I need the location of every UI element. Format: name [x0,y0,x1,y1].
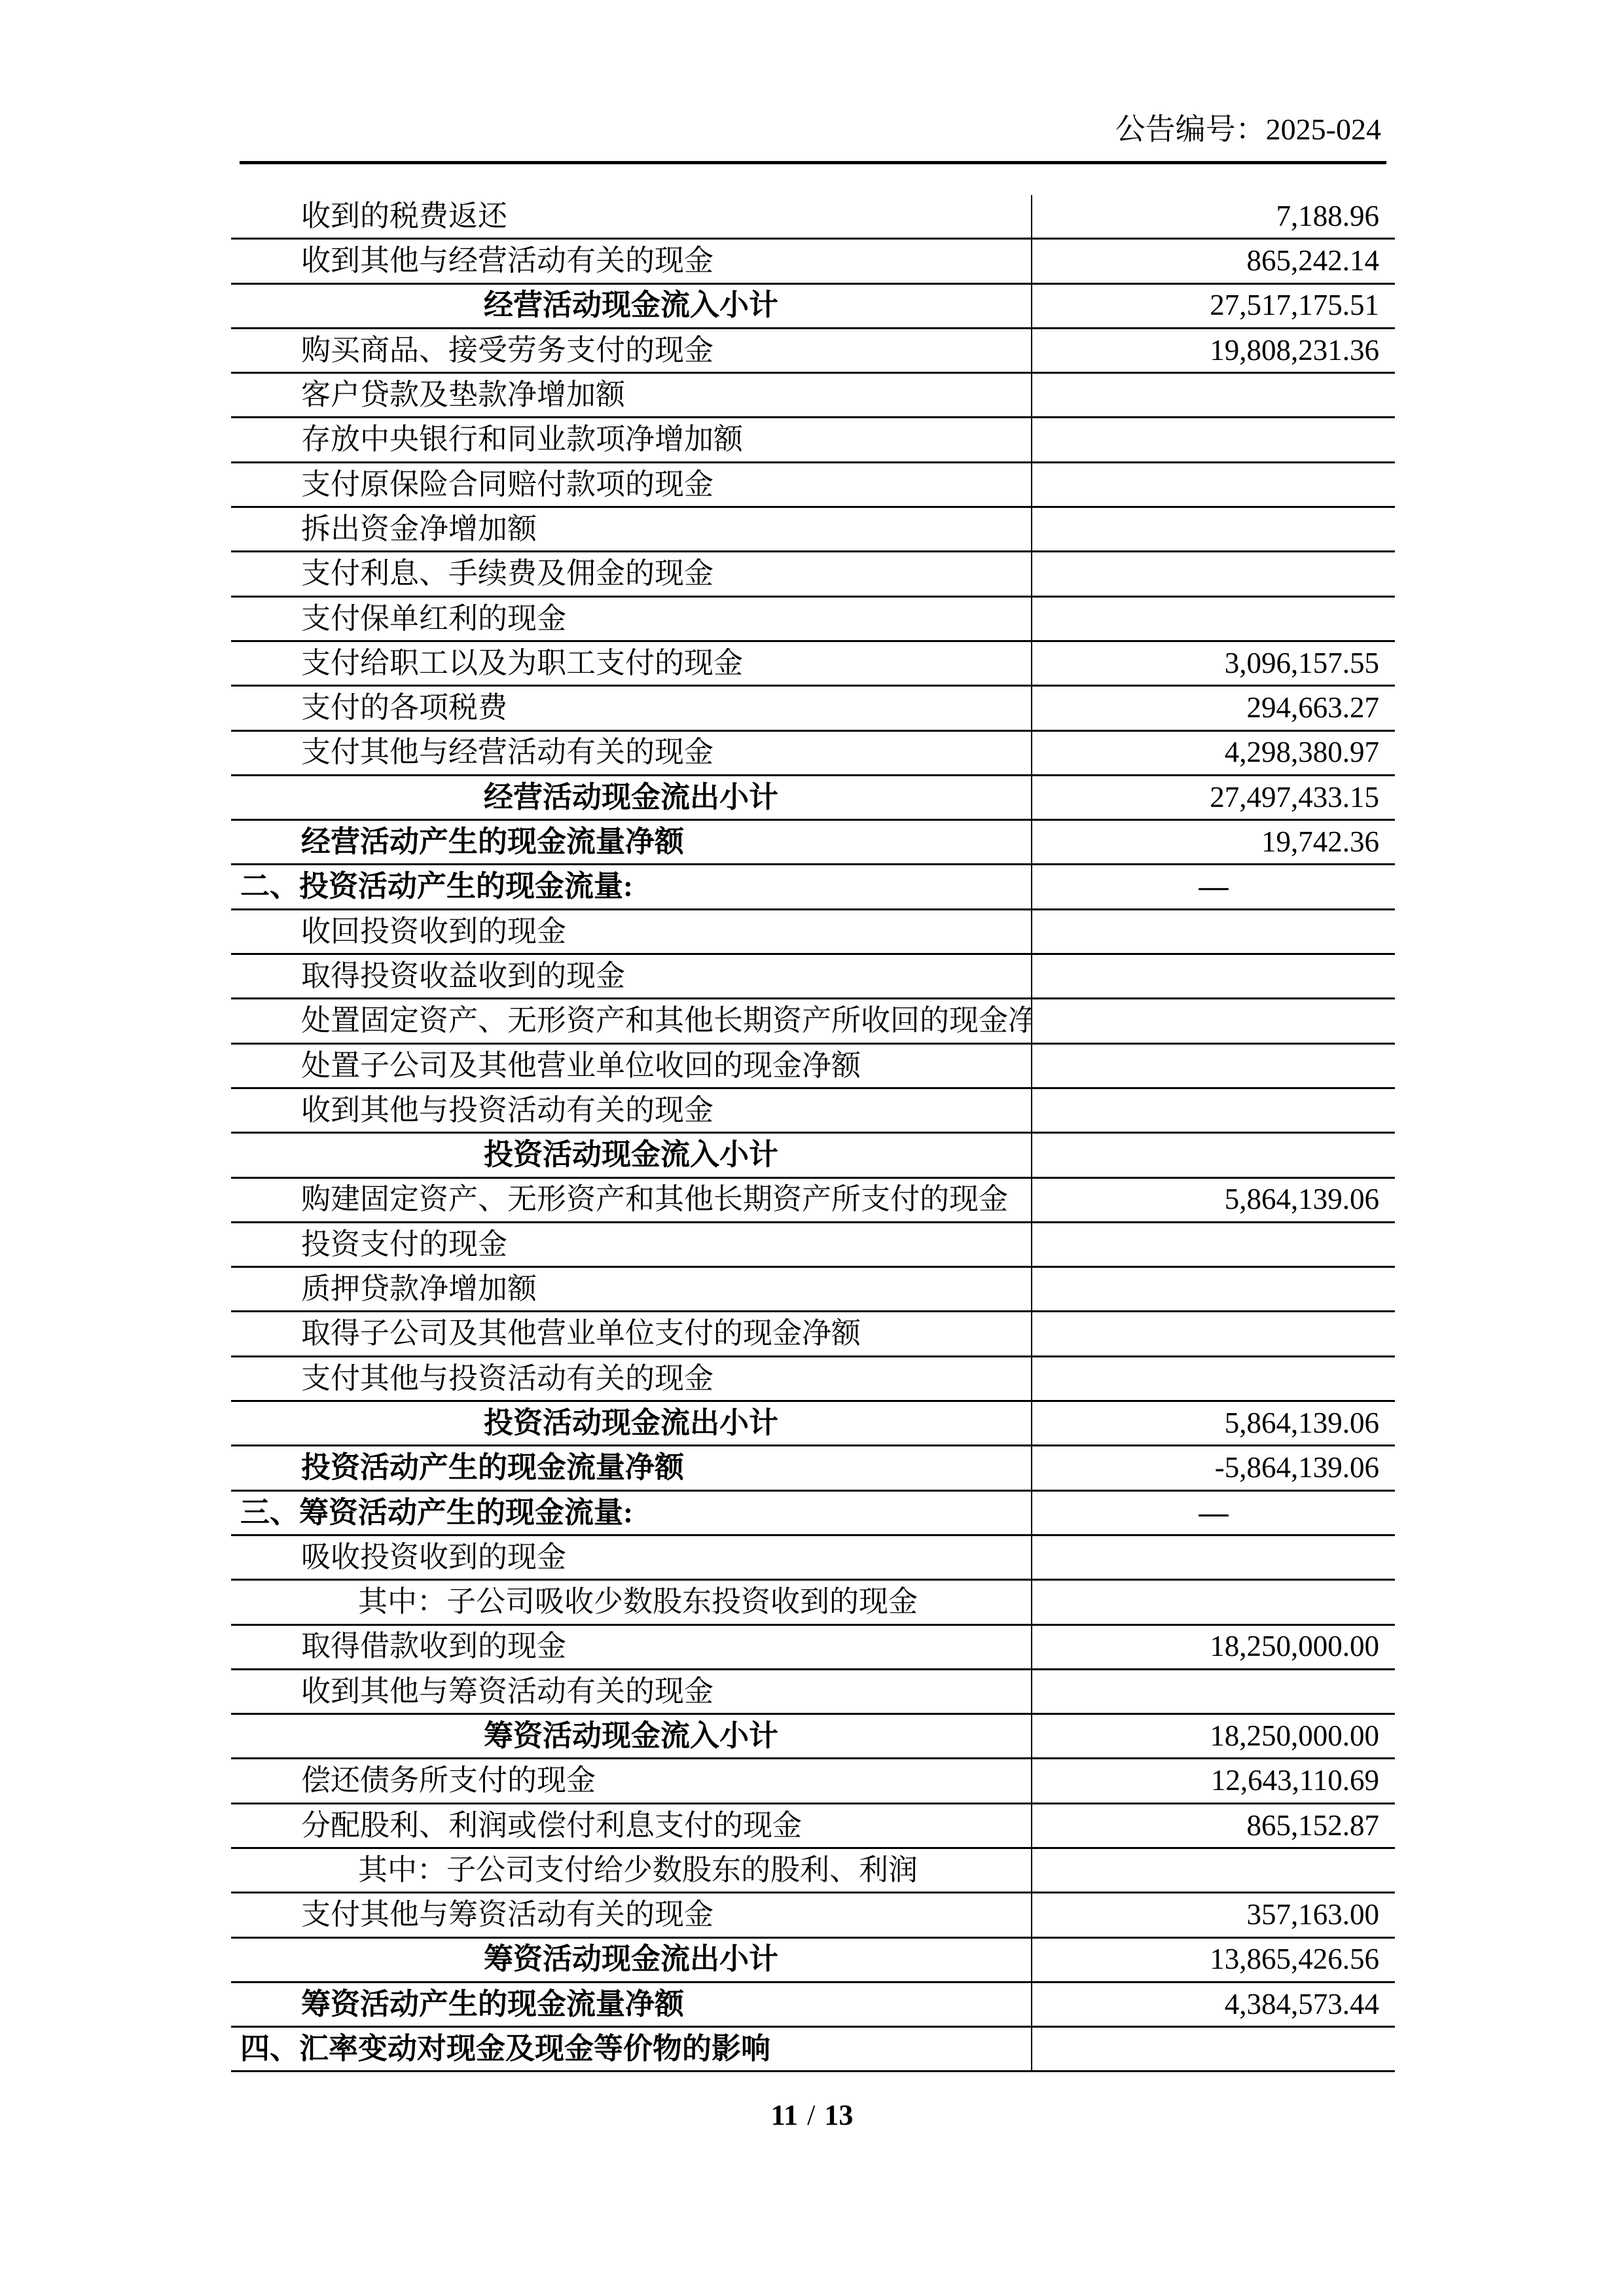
row-value-cell [1032,596,1395,641]
header-rule [240,161,1386,164]
row-label-cell: 支付利息、手续费及佣金的现金 [231,552,1032,596]
table-row: 经营活动产生的现金流量净额19,742.36 [231,820,1395,865]
row-value-cell: 27,497,433.15 [1032,775,1395,819]
row-label-cell: 筹资活动现金流入小计 [231,1714,1032,1759]
table-row: 处置子公司及其他营业单位收回的现金净额 [231,1043,1395,1088]
table-row: 收到其他与经营活动有关的现金865,242.14 [231,239,1395,283]
table-row: 支付其他与投资活动有关的现金 [231,1356,1395,1401]
row-label-cell: 取得投资收益收到的现金 [231,954,1032,999]
row-label-cell: 三、筹资活动产生的现金流量: [231,1490,1032,1535]
row-label-cell: 筹资活动现金流出小计 [231,1937,1032,1982]
row-label-cell: 经营活动现金流出小计 [231,775,1032,819]
row-value-cell [1032,1580,1395,1624]
page-number-separator: / [807,2099,815,2131]
row-value-cell [1032,418,1395,462]
row-value-cell: 4,298,380.97 [1032,730,1395,775]
table-row: 支付保单红利的现金 [231,596,1395,641]
row-value-cell [1032,1043,1395,1088]
table-row: 四、汇率变动对现金及现金等价物的影响 [231,2027,1395,2072]
table-row: 客户贷款及垫款净增加额 [231,373,1395,418]
row-label-cell: 取得子公司及其他营业单位支付的现金净额 [231,1312,1032,1356]
notice-number: 公告编号：2025-024 [1115,109,1381,151]
row-label-cell: 经营活动产生的现金流量净额 [231,820,1032,865]
table-row: 支付的各项税费294,663.27 [231,686,1395,730]
row-label-cell: 存放中央银行和同业款项净增加额 [231,418,1032,462]
row-value-cell [1032,909,1395,954]
table-row: 投资活动产生的现金流量净额-5,864,139.06 [231,1446,1395,1490]
row-label-cell: 收到其他与经营活动有关的现金 [231,239,1032,283]
row-value-cell [1032,1267,1395,1312]
row-value-cell: 865,152.87 [1032,1803,1395,1848]
table-row: 经营活动现金流出小计27,497,433.15 [231,775,1395,819]
row-value-cell [1032,373,1395,418]
row-value-cell [1032,1312,1395,1356]
table-row: 支付其他与筹资活动有关的现金357,163.00 [231,1893,1395,1937]
row-label-cell: 四、汇率变动对现金及现金等价物的影响 [231,2027,1032,2072]
table-row: 取得子公司及其他营业单位支付的现金净额 [231,1312,1395,1356]
table-row: 经营活动现金流入小计27,517,175.51 [231,283,1395,328]
row-label-cell: 吸收投资收到的现金 [231,1535,1032,1579]
row-value-cell [1032,1133,1395,1177]
table-row: 筹资活动现金流出小计13,865,426.56 [231,1937,1395,1982]
row-label-cell: 偿还债务所支付的现金 [231,1759,1032,1803]
table-row: 其中：子公司支付给少数股东的股利、利润 [231,1848,1395,1892]
row-label-cell: 支付其他与经营活动有关的现金 [231,730,1032,775]
row-value-cell: 357,163.00 [1032,1893,1395,1937]
cash-flow-table-body: 收到的税费返还7,188.96收到其他与经营活动有关的现金865,242.14经… [231,195,1395,2072]
table-row: 支付其他与经营活动有关的现金4,298,380.97 [231,730,1395,775]
row-value-cell [1032,462,1395,507]
table-row: 收到其他与筹资活动有关的现金 [231,1669,1395,1713]
row-label-cell: 其中：子公司支付给少数股东的股利、利润 [231,1848,1032,1892]
table-row: 取得借款收到的现金18,250,000.00 [231,1624,1395,1669]
row-label-cell: 收到其他与投资活动有关的现金 [231,1088,1032,1132]
row-label-cell: 投资活动现金流出小计 [231,1401,1032,1446]
table-row: 投资活动现金流入小计 [231,1133,1395,1177]
table-row: 购建固定资产、无形资产和其他长期资产所支付的现金5,864,139.06 [231,1177,1395,1222]
row-value-cell: 294,663.27 [1032,686,1395,730]
row-value-cell: 19,808,231.36 [1032,328,1395,372]
row-label-cell: 取得借款收到的现金 [231,1624,1032,1669]
table-row: 取得投资收益收到的现金 [231,954,1395,999]
row-value-cell: 5,864,139.06 [1032,1401,1395,1446]
row-label-cell: 分配股利、利润或偿付利息支付的现金 [231,1803,1032,1848]
table-row: 分配股利、利润或偿付利息支付的现金865,152.87 [231,1803,1395,1848]
row-value-cell [1032,1848,1395,1892]
row-value-cell [1032,1222,1395,1266]
table-row: 支付原保险合同赔付款项的现金 [231,462,1395,507]
row-label-cell: 筹资活动产生的现金流量净额 [231,1982,1032,2026]
row-label-cell: 二、投资活动产生的现金流量: [231,865,1032,909]
row-label-cell: 支付其他与筹资活动有关的现金 [231,1893,1032,1937]
table-row: 支付给职工以及为职工支付的现金3,096,157.55 [231,641,1395,685]
row-label-cell: 质押贷款净增加额 [231,1267,1032,1312]
table-row: 拆出资金净增加额 [231,507,1395,552]
row-value-cell: 3,096,157.55 [1032,641,1395,685]
row-value-cell [1032,1535,1395,1579]
row-label-cell: 客户贷款及垫款净增加额 [231,373,1032,418]
table-row: 投资支付的现金 [231,1222,1395,1266]
table-row: 三、筹资活动产生的现金流量:— [231,1490,1395,1535]
row-value-cell [1032,1356,1395,1401]
row-label-cell: 支付原保险合同赔付款项的现金 [231,462,1032,507]
page-number-current: 11 [771,2099,799,2131]
row-label-cell: 购建固定资产、无形资产和其他长期资产所支付的现金 [231,1177,1032,1222]
table-row: 吸收投资收到的现金 [231,1535,1395,1579]
row-label-cell: 购买商品、接受劳务支付的现金 [231,328,1032,372]
row-value-cell: 19,742.36 [1032,820,1395,865]
cash-flow-table: 收到的税费返还7,188.96收到其他与经营活动有关的现金865,242.14经… [231,195,1395,2072]
row-label-cell: 投资支付的现金 [231,1222,1032,1266]
row-value-cell [1032,1088,1395,1132]
row-label-cell: 收到其他与筹资活动有关的现金 [231,1669,1032,1713]
table-row: 收到的税费返还7,188.96 [231,195,1395,239]
row-value-cell: -5,864,139.06 [1032,1446,1395,1490]
row-label-cell: 支付保单红利的现金 [231,596,1032,641]
table-row: 支付利息、手续费及佣金的现金 [231,552,1395,596]
row-label-cell: 处置子公司及其他营业单位收回的现金净额 [231,1043,1032,1088]
row-value-cell: 865,242.14 [1032,239,1395,283]
row-value-cell [1032,954,1395,999]
row-value-cell: 18,250,000.00 [1032,1714,1395,1759]
row-label-cell: 其中：子公司吸收少数股东投资收到的现金 [231,1580,1032,1624]
row-value-cell: 7,188.96 [1032,195,1395,239]
table-row: 投资活动现金流出小计5,864,139.06 [231,1401,1395,1446]
page-footer: 11/13 [0,2098,1624,2132]
page-number-total: 13 [824,2099,853,2131]
row-value-cell: — [1032,865,1395,909]
row-value-cell: 12,643,110.69 [1032,1759,1395,1803]
row-value-cell [1032,507,1395,552]
table-row: 其中：子公司吸收少数股东投资收到的现金 [231,1580,1395,1624]
row-value-cell: 13,865,426.56 [1032,1937,1395,1982]
row-value-cell: 18,250,000.00 [1032,1624,1395,1669]
row-value-cell: 4,384,573.44 [1032,1982,1395,2026]
row-label-cell: 处置固定资产、无形资产和其他长期资产所收回的现金净额 [231,999,1032,1043]
table-row: 购买商品、接受劳务支付的现金19,808,231.36 [231,328,1395,372]
row-label-cell: 支付其他与投资活动有关的现金 [231,1356,1032,1401]
row-label-cell: 拆出资金净增加额 [231,507,1032,552]
table-row: 二、投资活动产生的现金流量:— [231,865,1395,909]
table-row: 质押贷款净增加额 [231,1267,1395,1312]
table-row: 筹资活动产生的现金流量净额4,384,573.44 [231,1982,1395,2026]
table-row: 收回投资收到的现金 [231,909,1395,954]
table-row: 筹资活动现金流入小计18,250,000.00 [231,1714,1395,1759]
row-value-cell [1032,2027,1395,2072]
table-row: 存放中央银行和同业款项净增加额 [231,418,1395,462]
row-label-cell: 支付的各项税费 [231,686,1032,730]
row-value-cell: — [1032,1490,1395,1535]
table-row: 处置固定资产、无形资产和其他长期资产所收回的现金净额 [231,999,1395,1043]
row-value-cell [1032,552,1395,596]
table-row: 收到其他与投资活动有关的现金 [231,1088,1395,1132]
row-label-cell: 收到的税费返还 [231,195,1032,239]
row-label-cell: 收回投资收到的现金 [231,909,1032,954]
row-label-cell: 投资活动产生的现金流量净额 [231,1446,1032,1490]
row-value-cell: 27,517,175.51 [1032,283,1395,328]
row-value-cell [1032,1669,1395,1713]
row-label-cell: 经营活动现金流入小计 [231,283,1032,328]
row-label-cell: 支付给职工以及为职工支付的现金 [231,641,1032,685]
row-label-cell: 投资活动现金流入小计 [231,1133,1032,1177]
row-value-cell [1032,999,1395,1043]
document-page: 公告编号：2025-024 收到的税费返还7,188.96收到其他与经营活动有关… [0,0,1624,2296]
table-row: 偿还债务所支付的现金12,643,110.69 [231,1759,1395,1803]
row-value-cell: 5,864,139.06 [1032,1177,1395,1222]
